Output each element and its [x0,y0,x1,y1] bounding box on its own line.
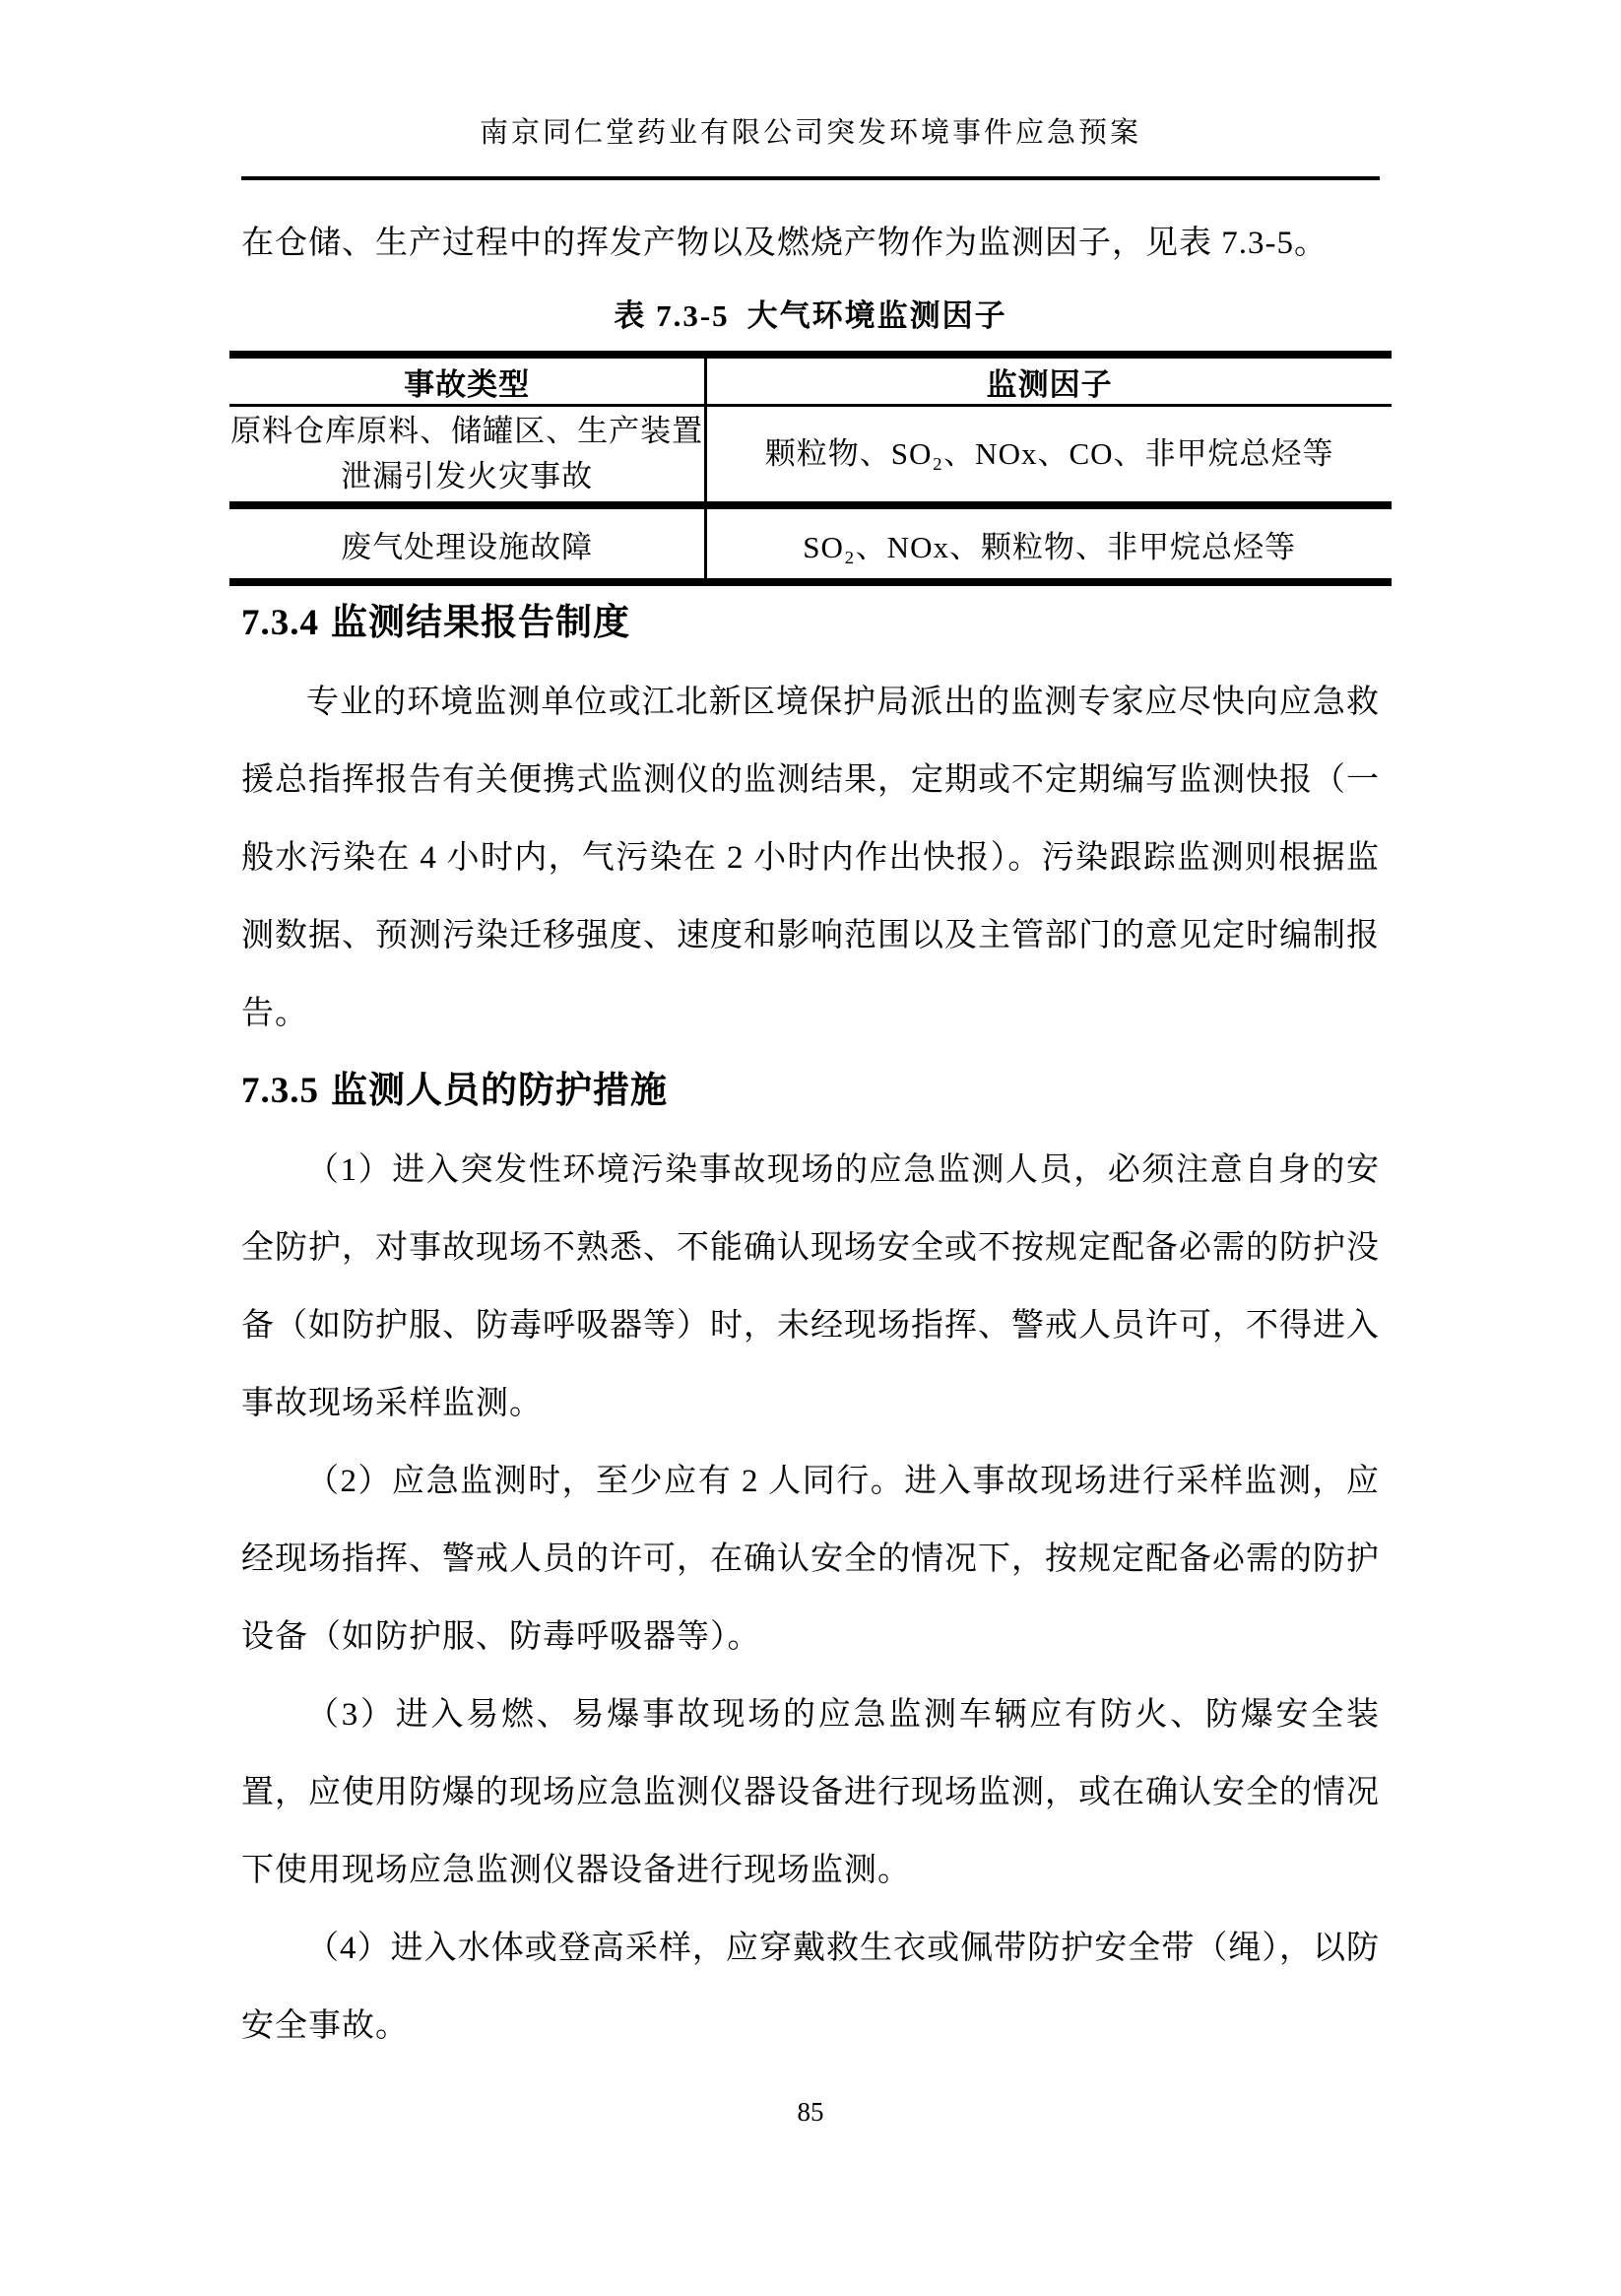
section-heading-7-3-4: 7.3.4监测结果报告制度 [241,602,1380,645]
paragraph-7-3-4-1: 专业的环境监测单位或江北新区境保护局派出的监测专家应尽快向应急救援总指挥报告有关… [241,664,1380,1053]
document-page: 南京同仁堂药业有限公司突发环境事件应急预案 在仓储、生产过程中的挥发产物以及燃烧… [0,0,1621,2296]
cell-accident-type-1: 原料仓库原料、储罐区、生产装置 泄漏引发火灾事故 [229,406,706,506]
section-title: 监测人员的防护措施 [331,1071,668,1111]
table-caption-title: 大气环境监测因子 [747,298,1007,333]
cell-factors-1: 颗粒物、SO₂、NOx、CO、非甲烷总烃等 [706,406,1392,506]
column-header-monitoring-factor: 监测因子 [706,355,1392,406]
paragraph-7-3-5-3: （3）进入易燃、易爆事故现场的应急监测车辆应有防火、防爆安全装置，应使用防爆的现… [241,1676,1380,1910]
paragraph-7-3-5-4: （4）进入水体或登高采样，应穿戴救生衣或佩带防护安全带（绳），以防安全事故。 [241,1910,1380,2066]
column-header-accident-type: 事故类型 [229,355,706,406]
running-header: 南京同仁堂药业有限公司突发环境事件应急预案 [241,0,1380,180]
paragraph-7-3-5-2: （2）应急监测时，至少应有 2 人同行。进入事故现场进行采样监测，应经现场指挥、… [241,1443,1380,1676]
cell-factors-2: SO₂、NOx、颗粒物、非甲烷总烃等 [706,505,1392,582]
table-row: 废气处理设施故障 SO₂、NOx、颗粒物、非甲烷总烃等 [229,505,1392,582]
section-title: 监测结果报告制度 [331,603,630,643]
table-header-row: 事故类型 监测因子 [229,355,1392,406]
section-heading-7-3-5: 7.3.5监测人员的防护措施 [241,1070,1380,1113]
cell-accident-type-2: 废气处理设施故障 [229,505,706,582]
paragraph-7-3-5-1: （1）进入突发性环境污染事故现场的应急监测人员，必须注意自身的安全防护，对事故现… [241,1132,1380,1443]
section-number: 7.3.5 [241,1071,319,1111]
page-number: 85 [241,2097,1380,2128]
table-caption: 表 7.3-5大气环境监测因子 [241,295,1380,338]
table-row: 原料仓库原料、储罐区、生产装置 泄漏引发火灾事故 颗粒物、SO₂、NOx、CO、… [229,406,1392,506]
intro-paragraph: 在仓储、生产过程中的挥发产物以及燃烧产物作为监测因子，见表 7.3-5。 [241,216,1380,271]
page-content: 南京同仁堂药业有限公司突发环境事件应急预案 在仓储、生产过程中的挥发产物以及燃烧… [241,0,1380,2128]
section-number: 7.3.4 [241,603,319,643]
table-caption-label: 表 7.3-5 [614,298,729,333]
running-header-title: 南京同仁堂药业有限公司突发环境事件应急预案 [480,117,1141,149]
monitoring-factors-table: 事故类型 监测因子 原料仓库原料、储罐区、生产装置 泄漏引发火灾事故 颗粒物、S… [229,351,1392,586]
